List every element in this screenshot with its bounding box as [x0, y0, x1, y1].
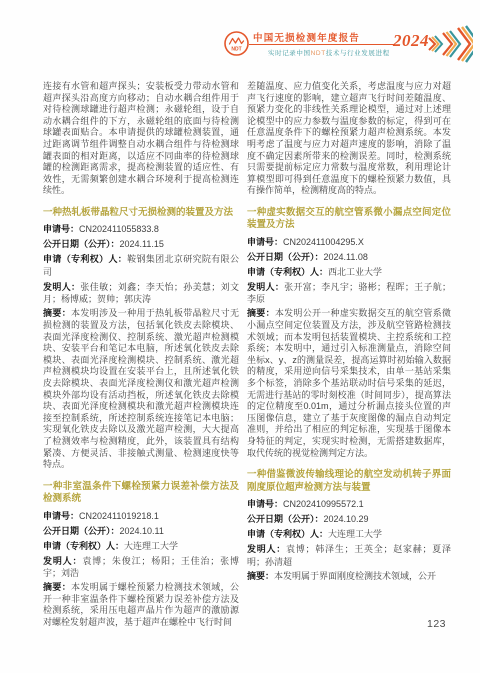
chevrons-icon: [427, 25, 473, 63]
patent-title: 一种非室温条件下螺栓预紧力误差补偿方法及检测系统: [43, 481, 239, 506]
patent-title: 一种热轧板带晶粒尺寸无损检测的装置及方法: [43, 207, 239, 220]
field-label: 发明人：: [43, 282, 80, 292]
field-value: 2024.11.08: [324, 252, 368, 262]
abstract-text: 本发明属于界面刚度检测技术领域，公开: [274, 571, 436, 581]
field-label: 申请号：: [43, 224, 79, 234]
field-label: 公开日期（公开）：: [43, 239, 120, 249]
patent-entry: 一种非室温条件下螺栓预紧力误差补偿方法及检测系统 申请号：CN202411019…: [43, 481, 239, 629]
patent-abstract: 摘要：本发明公开一种虚实数据交互的航空管系微小漏点空间定位装置及方法，涉及航空管…: [247, 308, 451, 459]
field-pub-date: 公开日期（公开）：2024.11.08: [247, 251, 451, 264]
header-rule: [249, 44, 395, 45]
field-label: 申请（专利权）人：: [247, 267, 328, 277]
logo-text: NDT: [231, 47, 241, 53]
field-label: 公开日期（公开）：: [247, 252, 324, 262]
field-value: CN202411019218.1: [79, 511, 159, 521]
field-value: 西北工业大学: [328, 267, 382, 277]
field-label: 摘要：: [43, 308, 71, 318]
report-subtitle: 实时记录中国NDT技术与行业发展进程: [268, 48, 390, 57]
field-applicant: 申请（专利权）人：大连理工大学: [247, 528, 451, 541]
field-label: 摘要：: [247, 308, 275, 318]
field-value: CN202411055833.8: [79, 224, 159, 234]
field-label: 摘要：: [247, 571, 274, 581]
field-applicant: 申请（专利权）人：大连理工大学: [43, 540, 239, 553]
field-value: 2024.11.15: [120, 239, 164, 249]
abstract-text: 本发明公开一种虚实数据交互的航空管系微小漏点空间定位装置及方法，涉及航空管路检测…: [247, 308, 451, 457]
field-label: 公开日期（公开）：: [247, 514, 324, 524]
patent-entry: 一种虚实数据交互的航空管系微小漏点空间定位装置及方法 申请号：CN2024110…: [247, 207, 451, 459]
report-year: 2024: [393, 31, 429, 51]
right-column: 差随温度、应力值变化关系，考虑温度与应力对超声飞行速度的影响，建立超声飞行时间差…: [247, 81, 451, 582]
field-label: 摘要：: [43, 582, 71, 592]
field-label: 发明人：: [43, 556, 82, 566]
field-inventors: 发明人：张佳敏；刘鑫；李天怡；孙美慧；刘文月；杨博威；贺帅；郭庆涛: [43, 281, 239, 306]
abstract-text: 本发明涉及一种用于热轧板带晶粒尺寸无损检测的装置及方法，包括氧化铁皮去除模块、表…: [43, 308, 239, 469]
field-applicant: 申请（专利权）人：鞍钢集团北京研究院有限公司: [43, 253, 239, 278]
field-inventors: 发明人：张开富；李凡宇；骆彬；程晖；王子航；李原: [247, 281, 451, 306]
field-value: CN202411004295.X: [283, 237, 364, 247]
field-label: 申请号：: [247, 499, 283, 509]
ndt-logo-icon: NDT: [223, 30, 250, 57]
field-label: 申请（专利权）人：: [43, 254, 127, 264]
field-inventors: 发明人：袁博；韩泽生；王英全；赵家赫；夏泽明；孙清超: [247, 543, 451, 568]
field-pub-date: 公开日期（公开）：2024.10.11: [43, 525, 239, 538]
field-value: 大连理工大学: [328, 529, 382, 539]
patent-entry: 一种热轧板带晶粒尺寸无损检测的装置及方法 申请号：CN202411055833.…: [43, 207, 239, 471]
field-value: 2024.10.29: [324, 514, 369, 524]
patent-abstract: 摘要：本发明属于螺栓预紧力检测技术领域，公开一种非室温条件下螺栓预紧力误差补偿方…: [43, 582, 239, 628]
field-pub-date: 公开日期（公开）：2024.10.29: [247, 513, 451, 526]
subtitle-post: 技术与行业发展进程: [326, 50, 390, 57]
field-label: 申请（专利权）人：: [43, 541, 124, 551]
field-label: 申请号：: [43, 511, 79, 521]
field-inventors: 发明人：袁博；朱俊江；杨阳；王佳治；张博宇；刘浩: [43, 555, 239, 580]
patent-title: 一种虚实数据交互的航空管系微小漏点空间定位装置及方法: [247, 207, 451, 232]
subtitle-pre: 实时记录中国: [268, 50, 311, 57]
field-value: CN202410995572.1: [283, 499, 364, 509]
field-label: 公开日期（公开）：: [43, 526, 120, 536]
report-page: NDT 中国无损检测年度报告 实时记录中国NDT技术与行业发展进程 2024 连…: [0, 0, 480, 673]
patent-abstract: 摘要：本发明涉及一种用于热轧板带晶粒尺寸无损检测的装置及方法，包括氧化铁皮去除模…: [43, 308, 239, 470]
page-number: 123: [427, 618, 451, 630]
continued-paragraph: 连接有水管和超声探头；安装板受力带动水管和超声探头沿高度方向移动；自动水耦合组件…: [43, 81, 239, 197]
field-label: 申请号：: [247, 237, 283, 247]
field-label: 发明人：: [247, 544, 286, 554]
abstract-text: 本发明属于螺栓预紧力检测技术领域，公开一种非室温条件下螺栓预紧力误差补偿方法及检…: [43, 582, 239, 627]
patent-abstract: 摘要：本发明属于界面刚度检测技术领域，公开: [247, 571, 451, 583]
report-title: 中国无损检测年度报告: [253, 30, 360, 44]
left-column: 连接有水管和超声探头；安装板受力带动水管和超声探头沿高度方向移动；自动水耦合组件…: [43, 81, 239, 629]
field-app-no: 申请号：CN202411055833.8: [43, 223, 239, 236]
field-app-no: 申请号：CN202410995572.1: [247, 498, 451, 511]
field-app-no: 申请号：CN202411004295.X: [247, 236, 451, 249]
continued-paragraph: 差随温度、应力值变化关系，考虑温度与应力对超声飞行速度的影响，建立超声飞行时间差…: [247, 81, 451, 197]
field-label: 发明人：: [247, 282, 284, 292]
field-label: 申请（专利权）人：: [247, 529, 328, 539]
subtitle-ndt: NDT: [311, 50, 326, 57]
patent-entry: 一种借鉴微波传输线理论的航空发动机转子界面刚度原位超声检测方法与装置 申请号：C…: [247, 469, 451, 582]
field-value: 大连理工大学: [124, 541, 178, 551]
field-app-no: 申请号：CN202411019218.1: [43, 510, 239, 523]
patent-title: 一种借鉴微波传输线理论的航空发动机转子界面刚度原位超声检测方法与装置: [247, 469, 451, 494]
field-value: 2024.10.11: [120, 526, 164, 536]
field-pub-date: 公开日期（公开）：2024.11.15: [43, 238, 239, 251]
field-applicant: 申请（专利权）人：西北工业大学: [247, 266, 451, 279]
